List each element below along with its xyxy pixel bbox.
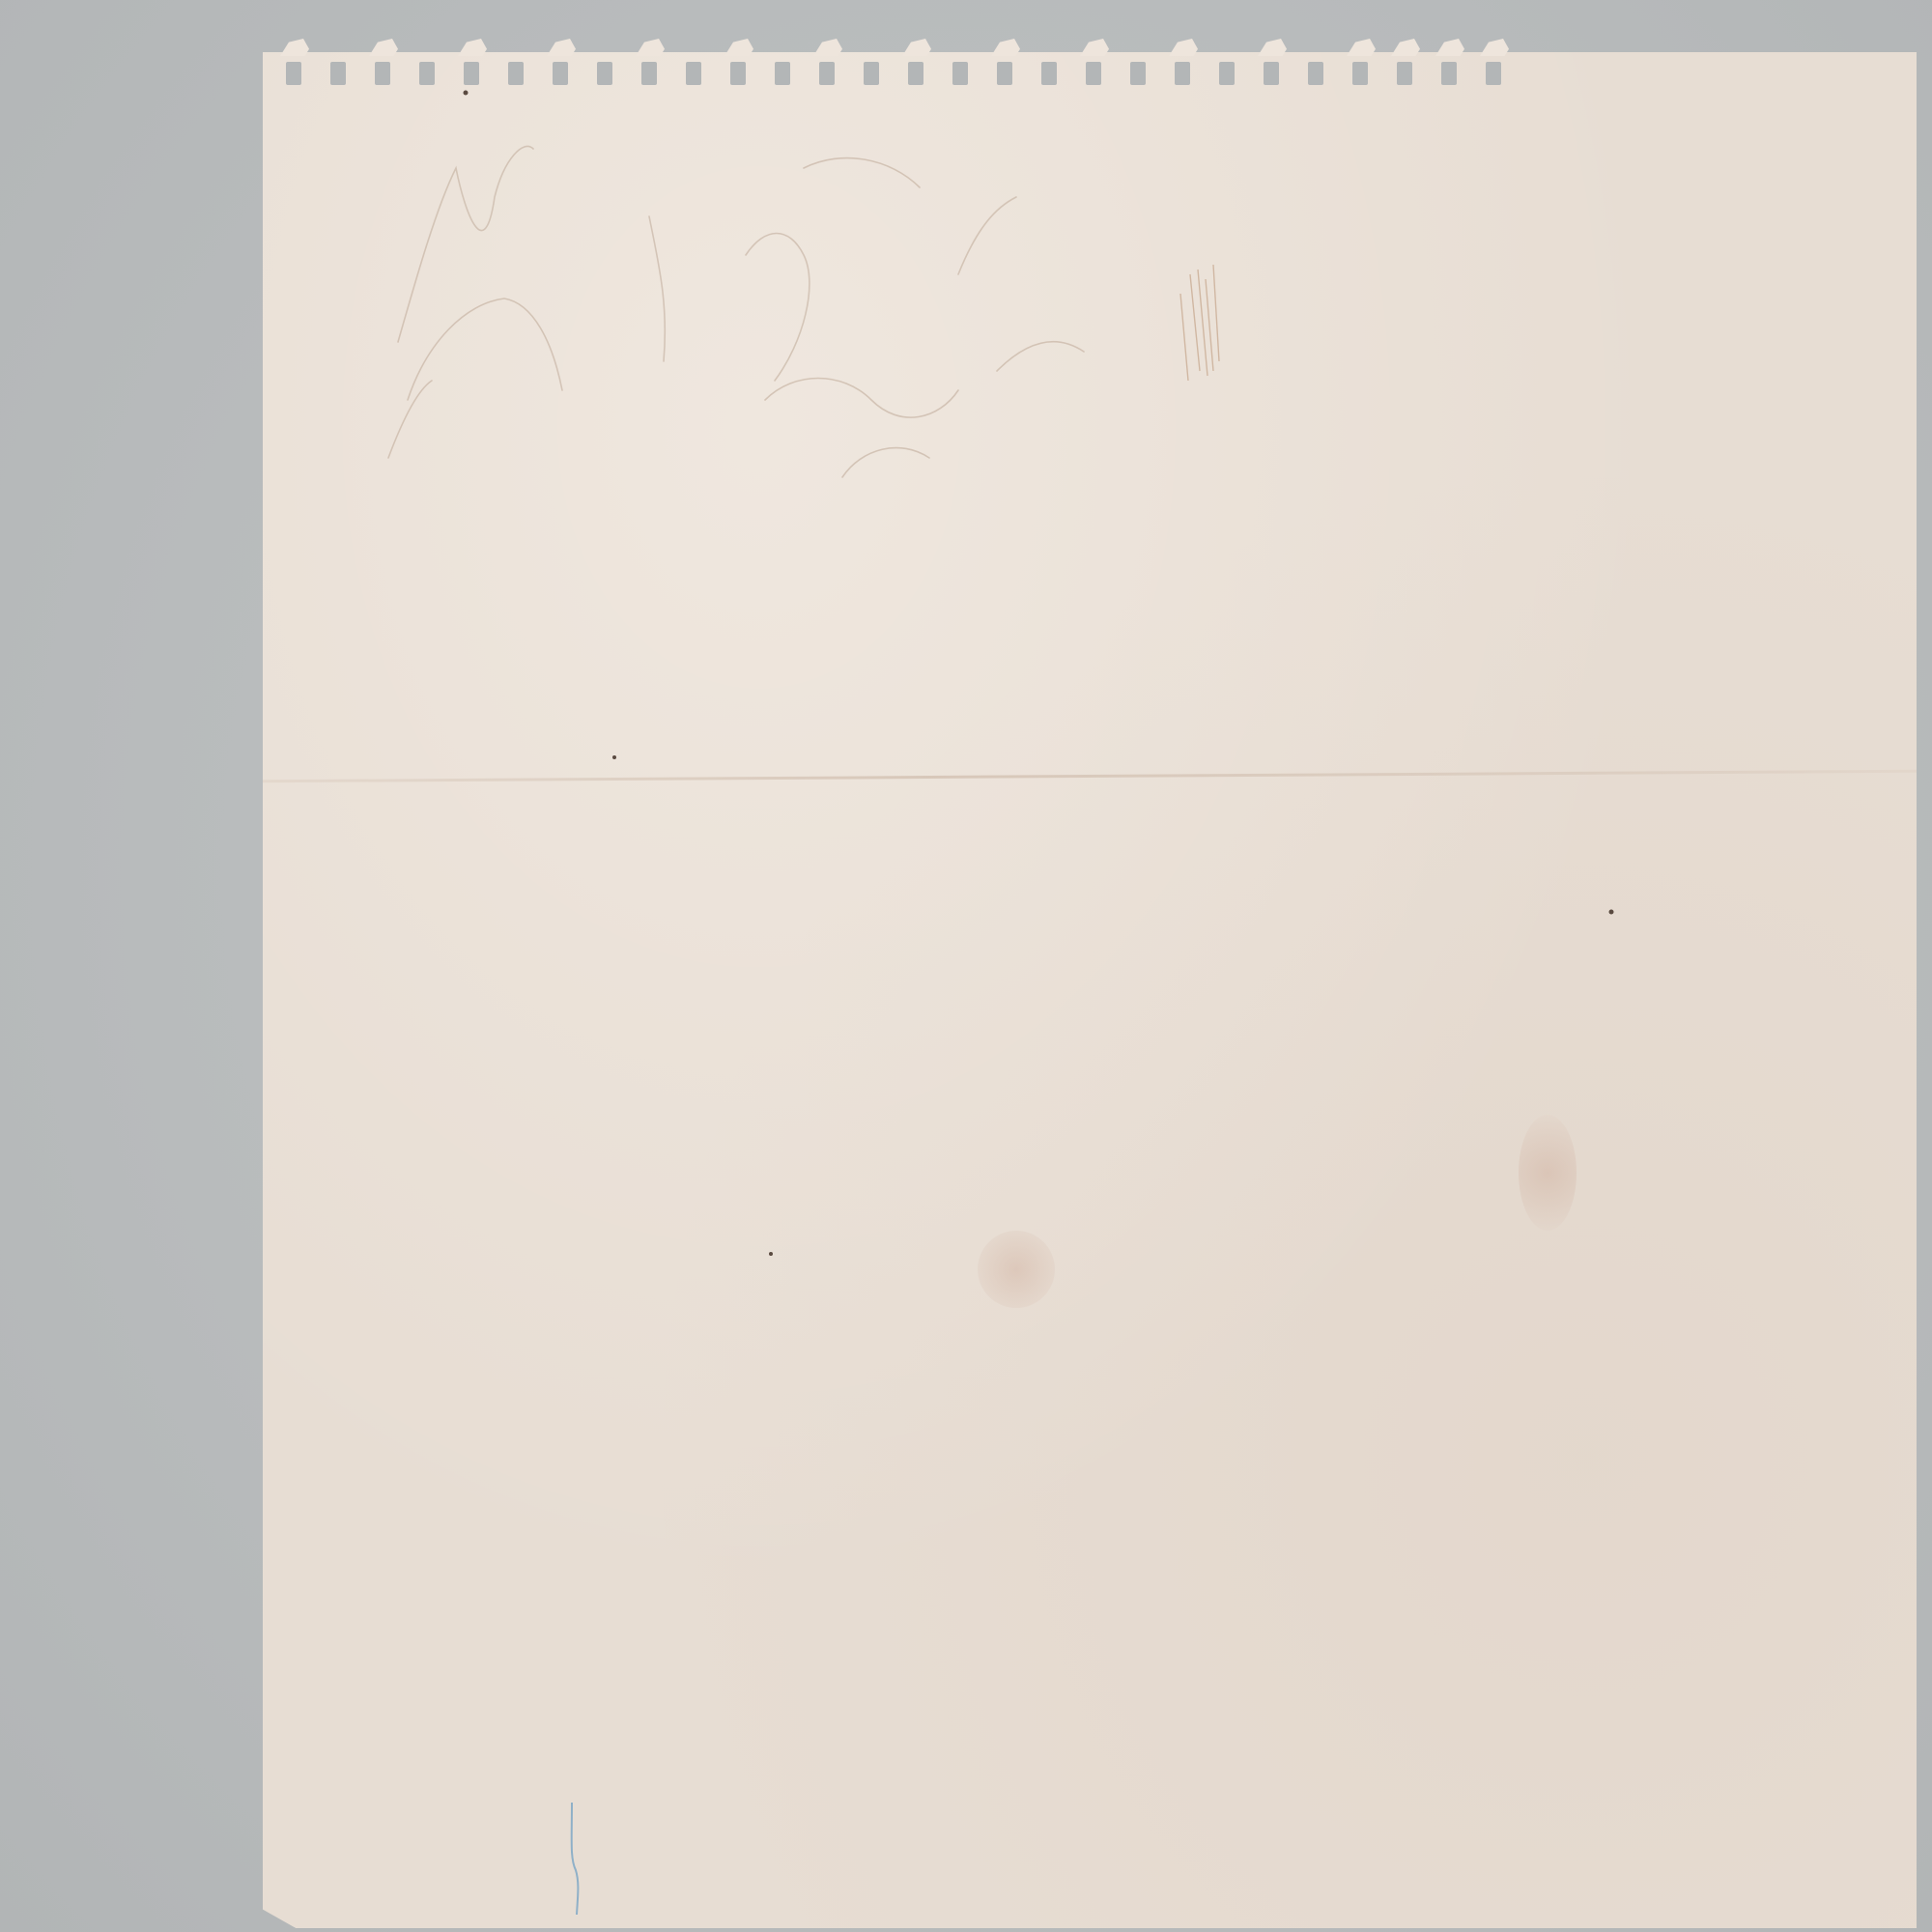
perforation-hole — [286, 62, 301, 85]
perforation-hole — [1041, 62, 1057, 85]
blue-ink-line-icon — [566, 1801, 585, 1917]
perforation-hole — [1130, 62, 1146, 85]
foxing-stain — [1519, 1115, 1577, 1231]
perforation-hole — [1264, 62, 1279, 85]
paper-sheet — [263, 52, 1917, 1928]
perforation-hole — [908, 62, 923, 85]
perforation-hole — [1308, 62, 1323, 85]
perforation-hole — [553, 62, 568, 85]
perforation-hole — [819, 62, 835, 85]
perforation-hole — [419, 62, 435, 85]
perforation-hole — [1441, 62, 1457, 85]
perforation-hole — [1086, 62, 1101, 85]
perforation-hole — [730, 62, 746, 85]
perforation-hole — [686, 62, 701, 85]
perforation-hole — [864, 62, 879, 85]
sketchbook-page — [263, 52, 1917, 1928]
perforation-hole — [952, 62, 968, 85]
spiral-perforations — [263, 52, 1917, 91]
perforation-hole — [641, 62, 657, 85]
perforation-hole — [330, 62, 346, 85]
perforation-hole — [597, 62, 612, 85]
perforation-hole — [375, 62, 390, 85]
perforation-hole — [508, 62, 524, 85]
perforation-hole — [464, 62, 479, 85]
perforation-hole — [1397, 62, 1412, 85]
perforation-hole — [1352, 62, 1368, 85]
foxing-stain — [978, 1231, 1055, 1308]
perforation-hole — [1219, 62, 1235, 85]
perforation-hole — [775, 62, 790, 85]
perforation-hole — [1486, 62, 1501, 85]
perforation-hole — [1175, 62, 1190, 85]
perforation-hole — [997, 62, 1012, 85]
